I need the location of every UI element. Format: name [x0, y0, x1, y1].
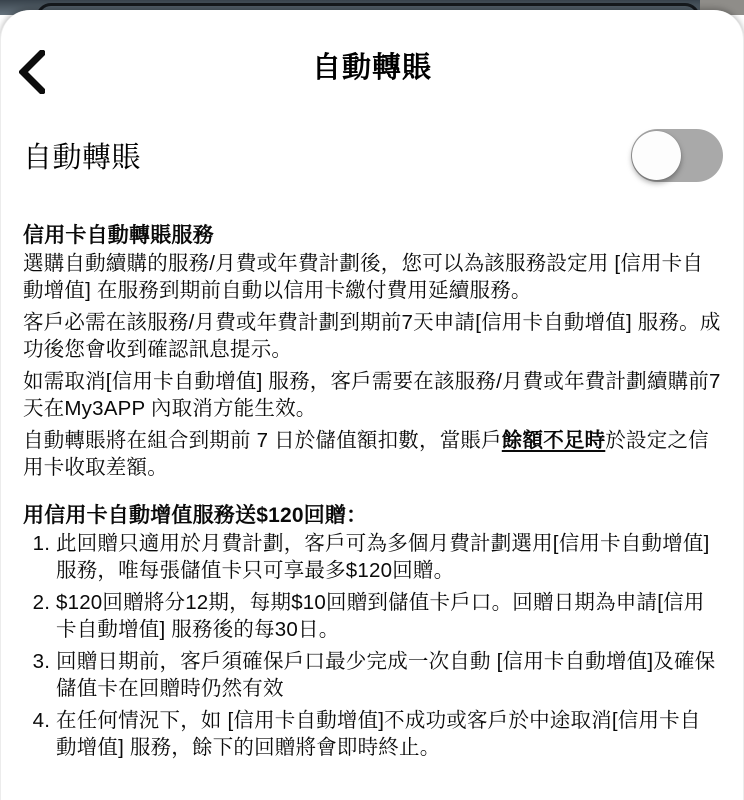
rebate-heading: 用信用卡自動增值服務送$120回贈： — [23, 502, 721, 530]
auto-transfer-toggle[interactable] — [631, 129, 723, 182]
rebate-term-1: 此回贈只適用於月費計劃，客戶可為多個月費計劃選用[信用卡自動增值] 服務，唯每張… — [56, 530, 721, 584]
balance-note-emphasis: 餘額不足時 — [502, 429, 606, 452]
rebate-term-4: 在任何情況下，如 [信用卡自動增值]不成功或客戶於中途取消[信用卡自動增值] 服… — [56, 707, 721, 761]
auto-transfer-sheet: 自動轉賬 自動轉賬 信用卡自動轉賬服務 選購自動續購的服務/月費或年費計劃後，您… — [0, 10, 744, 800]
service-paragraph-1: 選購自動續購的服務/月費或年費計劃後，您可以為該服務設定用 [信用卡自動增值] … — [23, 250, 721, 304]
chevron-left-icon — [19, 50, 45, 94]
service-paragraph-2: 客戶必需在該服務/月費或年費計劃到期前7天申請[信用卡自動增值] 服務。成功後您… — [23, 309, 721, 363]
balance-note-before: 自動轉賬將在組合到期前 7 日於儲值額扣數，當賬戶 — [23, 429, 502, 452]
auto-transfer-row: 自動轉賬 — [1, 128, 743, 182]
back-button[interactable] — [19, 48, 53, 96]
rebate-term-3: 回贈日期前，客戶須確保戶口最少完成一次自動 [信用卡自動增值]及確保儲值卡在回贈… — [56, 648, 721, 702]
service-paragraph-3: 如需取消[信用卡自動增值] 服務，客戶需要在該服務/月費或年費計劃續購前7天在M… — [23, 368, 721, 422]
screen: 自動轉賬 自動轉賬 信用卡自動轉賬服務 選購自動續購的服務/月費或年費計劃後，您… — [0, 0, 744, 800]
service-heading: 信用卡自動轉賬服務 — [23, 222, 721, 250]
service-paragraph-balance: 自動轉賬將在組合到期前 7 日於儲值額扣數，當賬戶餘額不足時於設定之信用卡收取差… — [23, 427, 721, 481]
toggle-knob-icon — [632, 131, 681, 180]
terms-content: 信用卡自動轉賬服務 選購自動續購的服務/月費或年費計劃後，您可以為該服務設定用 … — [1, 222, 743, 761]
sheet-header: 自動轉賬 — [1, 10, 743, 92]
auto-transfer-label: 自動轉賬 — [23, 135, 141, 176]
rebate-term-2: $120回贈將分12期，每期$10回贈到儲值卡戶口。回贈日期為申請[信用卡自動增… — [56, 589, 721, 643]
page-title: 自動轉賬 — [1, 44, 743, 92]
rebate-terms-list: 此回贈只適用於月費計劃，客戶可為多個月費計劃選用[信用卡自動增值] 服務，唯每張… — [23, 530, 721, 761]
